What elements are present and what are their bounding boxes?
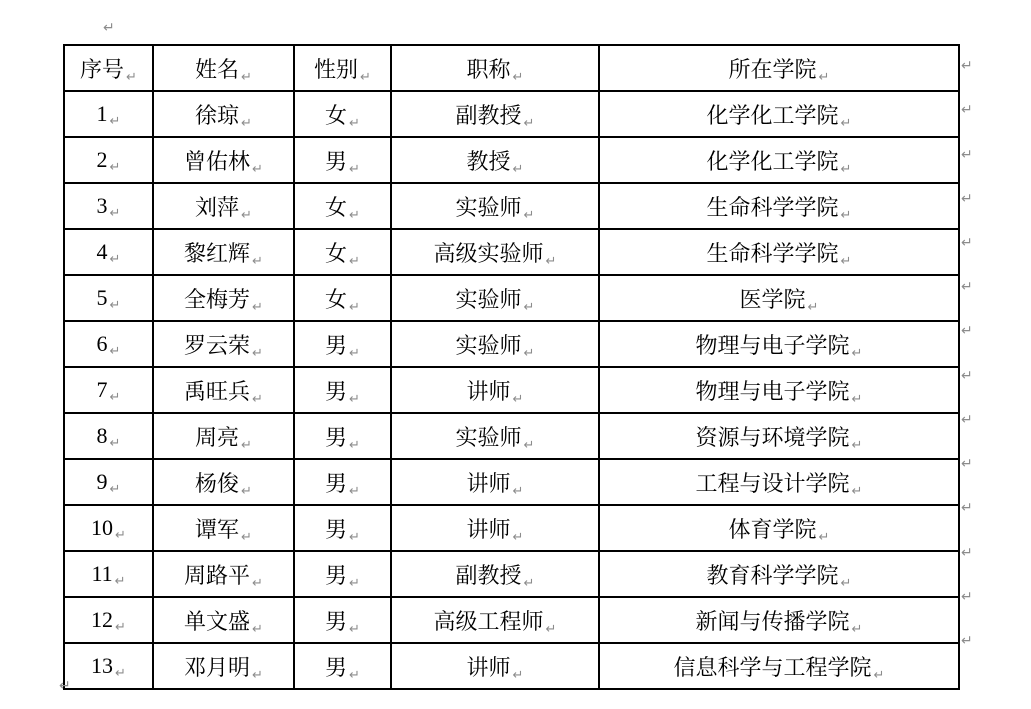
cell-end-mark: ↵: [852, 438, 863, 453]
cell-text: 男: [325, 333, 347, 358]
table-cell[interactable]: 资源与环境学院↵: [599, 413, 959, 459]
cell-end-mark: ↵: [513, 668, 524, 683]
cell-end-mark: ↵: [513, 530, 524, 545]
cell-text: 姓名: [195, 57, 239, 82]
row-end-slot: ↵: [961, 354, 977, 398]
cell-end-mark: ↵: [110, 344, 121, 359]
cell-end-mark: ↵: [252, 668, 263, 683]
cell-text: 资源与环境学院: [696, 425, 850, 450]
row-end-slot: ↵: [961, 88, 977, 132]
table-cell[interactable]: 4↵: [64, 229, 153, 275]
table-cell[interactable]: 化学化工学院↵: [599, 91, 959, 137]
cell-end-mark: ↵: [115, 666, 126, 681]
cell-text: 讲师: [467, 379, 511, 404]
cell-text: 新闻与传播学院: [696, 609, 850, 634]
table-row: 7↵禹旺兵↵男↵讲师↵物理与电子学院↵: [64, 367, 959, 413]
table-cell[interactable]: 单文盛↵: [153, 597, 294, 643]
table-cell[interactable]: 物理与电子学院↵: [599, 367, 959, 413]
cell-text: 2: [97, 147, 108, 172]
cell-end-mark: ↵: [241, 484, 252, 499]
table-cell[interactable]: 男↵: [294, 459, 391, 505]
cell-text: 全梅芳: [184, 287, 250, 312]
cell-end-mark: ↵: [852, 622, 863, 637]
row-end-mark: ↵: [961, 147, 973, 163]
table-cell[interactable]: 全梅芳↵: [153, 275, 294, 321]
table-cell[interactable]: 曾佑林↵: [153, 137, 294, 183]
table-cell[interactable]: 高级实验师↵: [391, 229, 599, 275]
cell-end-mark: ↵: [252, 254, 263, 269]
table-row: 10↵谭军↵男↵讲师↵体育学院↵: [64, 505, 959, 551]
cell-end-mark: ↵: [349, 622, 360, 637]
cell-end-mark: ↵: [513, 70, 524, 85]
cell-text: 男: [325, 517, 347, 542]
row-end-mark: ↵: [961, 412, 973, 428]
table-cell[interactable]: 禹旺兵↵: [153, 367, 294, 413]
row-end-slot: ↵: [961, 442, 977, 486]
cell-end-mark: ↵: [349, 392, 360, 407]
cell-text: 7: [97, 377, 108, 402]
cell-end-mark: ↵: [524, 300, 535, 315]
cell-end-mark: ↵: [241, 208, 252, 223]
table-cell[interactable]: 讲师↵: [391, 367, 599, 413]
row-end-slot: ↵: [961, 44, 977, 88]
cell-end-mark: ↵: [349, 300, 360, 315]
table-cell[interactable]: 周路平↵: [153, 551, 294, 597]
cell-text: 讲师: [467, 517, 511, 542]
row-end-mark: ↵: [961, 102, 973, 118]
cell-text: 邓月明: [184, 655, 250, 680]
row-end-mark: ↵: [961, 633, 973, 649]
table-cell[interactable]: 女↵: [294, 183, 391, 229]
cell-text: 6: [97, 331, 108, 356]
cell-text: 副教授: [456, 103, 522, 128]
cell-text: 高级实验师: [434, 241, 544, 266]
cell-text: 所在学院: [729, 57, 817, 82]
cell-text: 教育科学学院: [707, 563, 839, 588]
table-cell[interactable]: 讲师↵: [391, 643, 599, 689]
table-row: 4↵黎红辉↵女↵高级实验师↵生命科学学院↵: [64, 229, 959, 275]
cell-end-mark: ↵: [110, 298, 121, 313]
row-end-mark: ↵: [961, 368, 973, 384]
cell-end-mark: ↵: [513, 484, 524, 499]
row-end-mark: ↵: [961, 191, 973, 207]
row-end-slot: ↵: [961, 398, 977, 442]
table-cell[interactable]: 3↵: [64, 183, 153, 229]
table-row: 2↵曾佑林↵男↵教授↵化学化工学院↵: [64, 137, 959, 183]
cell-text: 实验师: [456, 195, 522, 220]
table-row: 11↵周路平↵男↵副教授↵教育科学学院↵: [64, 551, 959, 597]
table-cell[interactable]: 7↵: [64, 367, 153, 413]
table-cell[interactable]: 讲师↵: [391, 505, 599, 551]
cell-end-mark: ↵: [252, 622, 263, 637]
row-end-slot: ↵: [961, 530, 977, 574]
document-page: ↵ 序号↵姓名↵性别↵职称↵所在学院↵ 1↵徐琼↵女↵副教授↵化学化工学院↵2↵…: [0, 0, 1031, 709]
table-cell[interactable]: 13↵: [64, 643, 153, 689]
table-cell[interactable]: 谭军↵: [153, 505, 294, 551]
cell-text: 11: [91, 561, 112, 586]
table-cell[interactable]: 生命科学学院↵: [599, 183, 959, 229]
cell-end-mark: ↵: [819, 530, 830, 545]
table-cell[interactable]: 实验师↵: [391, 413, 599, 459]
cell-text: 男: [325, 609, 347, 634]
cell-end-mark: ↵: [252, 576, 263, 591]
table-cell[interactable]: 高级工程师↵: [391, 597, 599, 643]
cell-text: 性别: [314, 57, 358, 82]
cell-text: 男: [325, 149, 347, 174]
cell-end-mark: ↵: [852, 346, 863, 361]
table-cell[interactable]: 刘萍↵: [153, 183, 294, 229]
cell-text: 化学化工学院: [707, 103, 839, 128]
cell-text: 罗云荣: [184, 333, 250, 358]
row-end-slot: ↵: [961, 221, 977, 265]
table-cell[interactable]: 12↵: [64, 597, 153, 643]
table-cell[interactable]: 8↵: [64, 413, 153, 459]
cell-end-mark: ↵: [524, 208, 535, 223]
cell-text: 男: [325, 563, 347, 588]
row-end-mark: ↵: [961, 58, 973, 74]
cell-text: 工程与设计学院: [696, 471, 850, 496]
cell-end-mark: ↵: [110, 252, 121, 267]
table-cell[interactable]: 男↵: [294, 643, 391, 689]
cell-end-mark: ↵: [841, 208, 852, 223]
cell-end-mark: ↵: [241, 70, 252, 85]
cell-end-mark: ↵: [349, 346, 360, 361]
table-cell[interactable]: 女↵: [294, 91, 391, 137]
cell-text: 12: [91, 607, 113, 632]
table-cell[interactable]: 10↵: [64, 505, 153, 551]
header-cell[interactable]: 序号↵: [64, 45, 153, 91]
cell-text: 信息科学与工程学院: [674, 655, 872, 680]
cell-end-mark: ↵: [841, 162, 852, 177]
table-cell[interactable]: 教授↵: [391, 137, 599, 183]
table-row: 13↵邓月明↵男↵讲师↵信息科学与工程学院↵: [64, 643, 959, 689]
row-end-marks: ↵↵↵↵↵↵↵↵↵↵↵↵↵↵: [961, 44, 977, 663]
cell-end-mark: ↵: [841, 254, 852, 269]
table-cell[interactable]: 教育科学学院↵: [599, 551, 959, 597]
row-end-mark: ↵: [961, 545, 973, 561]
cell-end-mark: ↵: [349, 116, 360, 131]
cell-end-mark: ↵: [546, 622, 557, 637]
cell-text: 讲师: [467, 471, 511, 496]
cell-end-mark: ↵: [513, 162, 524, 177]
cell-text: 生命科学学院: [707, 241, 839, 266]
header-row: 序号↵姓名↵性别↵职称↵所在学院↵: [64, 45, 959, 91]
cell-text: 曾佑林: [184, 149, 250, 174]
cell-text: 实验师: [456, 287, 522, 312]
cell-text: 高级工程师: [434, 609, 544, 634]
header-cell[interactable]: 姓名↵: [153, 45, 294, 91]
table-cell[interactable]: 黎红辉↵: [153, 229, 294, 275]
cell-end-mark: ↵: [252, 392, 263, 407]
cell-end-mark: ↵: [349, 576, 360, 591]
table-cell[interactable]: 信息科学与工程学院↵: [599, 643, 959, 689]
cell-end-mark: ↵: [874, 668, 885, 683]
table-cell[interactable]: 生命科学学院↵: [599, 229, 959, 275]
table-cell[interactable]: 11↵: [64, 551, 153, 597]
table-row: 3↵刘萍↵女↵实验师↵生命科学学院↵: [64, 183, 959, 229]
cell-end-mark: ↵: [360, 70, 371, 85]
cell-text: 讲师: [467, 655, 511, 680]
row-end-mark: ↵: [961, 279, 973, 295]
cell-text: 1: [97, 101, 108, 126]
table-cell[interactable]: 女↵: [294, 275, 391, 321]
cell-end-mark: ↵: [349, 530, 360, 545]
cell-end-mark: ↵: [252, 162, 263, 177]
table-cell[interactable]: 化学化工学院↵: [599, 137, 959, 183]
cell-end-mark: ↵: [349, 484, 360, 499]
cell-text: 序号: [80, 57, 124, 82]
table-cell[interactable]: 讲师↵: [391, 459, 599, 505]
cell-text: 周路平: [184, 563, 250, 588]
cell-end-mark: ↵: [513, 392, 524, 407]
cell-end-mark: ↵: [349, 438, 360, 453]
table-cell[interactable]: 男↵: [294, 137, 391, 183]
cell-text: 男: [325, 655, 347, 680]
cell-end-mark: ↵: [126, 70, 137, 85]
row-end-mark: ↵: [961, 323, 973, 339]
table-cell[interactable]: 男↵: [294, 413, 391, 459]
row-end-mark: ↵: [961, 589, 973, 605]
cell-text: 女: [325, 241, 347, 266]
cell-text: 物理与电子学院: [696, 333, 850, 358]
row-end-slot: ↵: [961, 575, 977, 619]
cell-end-mark: ↵: [852, 484, 863, 499]
cell-end-mark: ↵: [115, 574, 126, 589]
cell-text: 职称: [467, 57, 511, 82]
cell-end-mark: ↵: [115, 620, 126, 635]
cell-text: 物理与电子学院: [696, 379, 850, 404]
header-cell[interactable]: 职称↵: [391, 45, 599, 91]
cell-end-mark: ↵: [241, 438, 252, 453]
cell-text: 医学院: [740, 287, 806, 312]
cell-text: 实验师: [456, 333, 522, 358]
cell-text: 女: [325, 103, 347, 128]
cell-text: 女: [325, 287, 347, 312]
table-row: 8↵周亮↵男↵实验师↵资源与环境学院↵: [64, 413, 959, 459]
row-end-slot: ↵: [961, 309, 977, 353]
table-cell[interactable]: 实验师↵: [391, 321, 599, 367]
table-cell[interactable]: 杨俊↵: [153, 459, 294, 505]
cell-text: 实验师: [456, 425, 522, 450]
cell-text: 杨俊: [195, 471, 239, 496]
cell-text: 副教授: [456, 563, 522, 588]
table-cell[interactable]: 男↵: [294, 551, 391, 597]
row-end-slot: ↵: [961, 132, 977, 176]
table-cell[interactable]: 1↵: [64, 91, 153, 137]
cell-end-mark: ↵: [241, 116, 252, 131]
cell-end-mark: ↵: [841, 116, 852, 131]
row-end-slot: ↵: [961, 619, 977, 663]
cell-text: 刘萍: [195, 195, 239, 220]
cell-text: 徐琼: [195, 103, 239, 128]
cell-text: 生命科学学院: [707, 195, 839, 220]
cell-end-mark: ↵: [110, 114, 121, 129]
cell-text: 10: [91, 515, 113, 540]
cell-text: 教授: [467, 149, 511, 174]
cell-text: 单文盛: [184, 609, 250, 634]
row-end-mark: ↵: [961, 500, 973, 516]
table-row: 12↵单文盛↵男↵高级工程师↵新闻与传播学院↵: [64, 597, 959, 643]
table-cell[interactable]: 体育学院↵: [599, 505, 959, 551]
table-cell[interactable]: 工程与设计学院↵: [599, 459, 959, 505]
table-cell[interactable]: 副教授↵: [391, 551, 599, 597]
paragraph-mark-below-table: ↵: [59, 679, 71, 693]
header-cell[interactable]: 所在学院↵: [599, 45, 959, 91]
cell-end-mark: ↵: [349, 162, 360, 177]
table-body: 1↵徐琼↵女↵副教授↵化学化工学院↵2↵曾佑林↵男↵教授↵化学化工学院↵3↵刘萍…: [64, 91, 959, 689]
paragraph-mark-above-table: ↵: [103, 21, 115, 35]
row-end-slot: ↵: [961, 486, 977, 530]
table-cell[interactable]: 实验师↵: [391, 183, 599, 229]
cell-text: 13: [91, 653, 113, 678]
cell-text: 化学化工学院: [707, 149, 839, 174]
table-cell[interactable]: 6↵: [64, 321, 153, 367]
row-end-mark: ↵: [961, 235, 973, 251]
cell-end-mark: ↵: [241, 530, 252, 545]
table-row: 5↵全梅芳↵女↵实验师↵医学院↵: [64, 275, 959, 321]
cell-end-mark: ↵: [110, 206, 121, 221]
cell-end-mark: ↵: [252, 346, 263, 361]
cell-end-mark: ↵: [841, 576, 852, 591]
cell-text: 8: [97, 423, 108, 448]
cell-text: 女: [325, 195, 347, 220]
cell-end-mark: ↵: [252, 300, 263, 315]
faculty-table: 序号↵姓名↵性别↵职称↵所在学院↵ 1↵徐琼↵女↵副教授↵化学化工学院↵2↵曾佑…: [63, 44, 960, 690]
cell-text: 男: [325, 425, 347, 450]
table-cell[interactable]: 男↵: [294, 367, 391, 413]
table-row: 1↵徐琼↵女↵副教授↵化学化工学院↵: [64, 91, 959, 137]
row-end-slot: ↵: [961, 177, 977, 221]
table-cell[interactable]: 女↵: [294, 229, 391, 275]
row-end-mark: ↵: [961, 456, 973, 472]
table-cell[interactable]: 徐琼↵: [153, 91, 294, 137]
cell-end-mark: ↵: [808, 300, 819, 315]
cell-end-mark: ↵: [110, 160, 121, 175]
cell-text: 谭军: [195, 517, 239, 542]
table-cell[interactable]: 男↵: [294, 505, 391, 551]
table-cell[interactable]: 新闻与传播学院↵: [599, 597, 959, 643]
table-cell[interactable]: 罗云荣↵: [153, 321, 294, 367]
cell-text: 3: [97, 193, 108, 218]
cell-text: 体育学院: [729, 517, 817, 542]
cell-text: 黎红辉: [184, 241, 250, 266]
table-cell[interactable]: 医学院↵: [599, 275, 959, 321]
cell-end-mark: ↵: [115, 528, 126, 543]
table-row: 9↵杨俊↵男↵讲师↵工程与设计学院↵: [64, 459, 959, 505]
cell-end-mark: ↵: [349, 208, 360, 223]
cell-end-mark: ↵: [852, 392, 863, 407]
cell-end-mark: ↵: [524, 576, 535, 591]
cell-text: 男: [325, 379, 347, 404]
cell-text: 4: [97, 239, 108, 264]
cell-text: 9: [97, 469, 108, 494]
table-row: 6↵罗云荣↵男↵实验师↵物理与电子学院↵: [64, 321, 959, 367]
cell-end-mark: ↵: [349, 254, 360, 269]
cell-end-mark: ↵: [110, 436, 121, 451]
table-cell[interactable]: 2↵: [64, 137, 153, 183]
table-cell[interactable]: 物理与电子学院↵: [599, 321, 959, 367]
table-cell[interactable]: 5↵: [64, 275, 153, 321]
header-cell[interactable]: 性别↵: [294, 45, 391, 91]
cell-end-mark: ↵: [110, 482, 121, 497]
cell-text: 周亮: [195, 425, 239, 450]
table-cell[interactable]: 9↵: [64, 459, 153, 505]
cell-end-mark: ↵: [819, 70, 830, 85]
cell-text: 禹旺兵: [184, 379, 250, 404]
cell-text: 男: [325, 471, 347, 496]
cell-end-mark: ↵: [524, 438, 535, 453]
cell-text: 5: [97, 285, 108, 310]
table-cell[interactable]: 实验师↵: [391, 275, 599, 321]
cell-end-mark: ↵: [349, 668, 360, 683]
table-cell[interactable]: 副教授↵: [391, 91, 599, 137]
row-end-slot: ↵: [961, 265, 977, 309]
cell-end-mark: ↵: [524, 346, 535, 361]
cell-end-mark: ↵: [110, 390, 121, 405]
table-cell[interactable]: 男↵: [294, 597, 391, 643]
table-cell[interactable]: 男↵: [294, 321, 391, 367]
table-cell[interactable]: 周亮↵: [153, 413, 294, 459]
table-cell[interactable]: 邓月明↵: [153, 643, 294, 689]
cell-end-mark: ↵: [524, 116, 535, 131]
cell-end-mark: ↵: [546, 254, 557, 269]
